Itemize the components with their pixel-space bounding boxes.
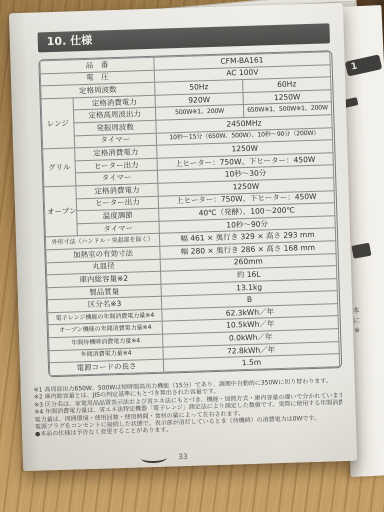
spec-group-cell: グリル xyxy=(43,148,76,187)
spec-group-cell: レンジ xyxy=(41,98,75,149)
page-number: 33 xyxy=(23,447,343,466)
fragment-char: に xyxy=(352,316,360,326)
footnotes: ※1 高周波出力650W、500Wは短時間高出力機能（15分）であり、調理中自動… xyxy=(34,377,343,438)
spec-group-cell: オーブン xyxy=(44,186,78,237)
section-header: 10. 仕様 xyxy=(38,23,330,52)
fragment-char: ※ xyxy=(353,326,361,337)
fragment-char: 本 xyxy=(352,306,360,316)
page-curl-mark xyxy=(141,453,167,464)
spec-table: 品 番CFM-BA161電 圧AC 100V定格周波数50Hz60Hzレンジ定格… xyxy=(39,51,340,376)
adjacent-page-fragment xyxy=(351,243,371,259)
section-header-label: 10. 仕様 xyxy=(47,34,93,48)
photo-background: 1 本に※ 10. 仕様 品 番CFM-BA161電 圧AC 100V定格周波数… xyxy=(0,0,384,512)
spec-table-frame: 品 番CFM-BA161電 圧AC 100V定格周波数50Hz60Hzレンジ定格… xyxy=(38,50,342,377)
spec-label-cell: 電源コードの長さ xyxy=(49,359,163,375)
spec-table-body: 品 番CFM-BA161電 圧AC 100V定格周波数50Hz60Hzレンジ定格… xyxy=(40,52,340,376)
manual-page: 10. 仕様 品 番CFM-BA161電 圧AC 100V定格周波数50Hz60… xyxy=(9,3,357,471)
adjacent-section-badge: 1 xyxy=(345,54,382,76)
